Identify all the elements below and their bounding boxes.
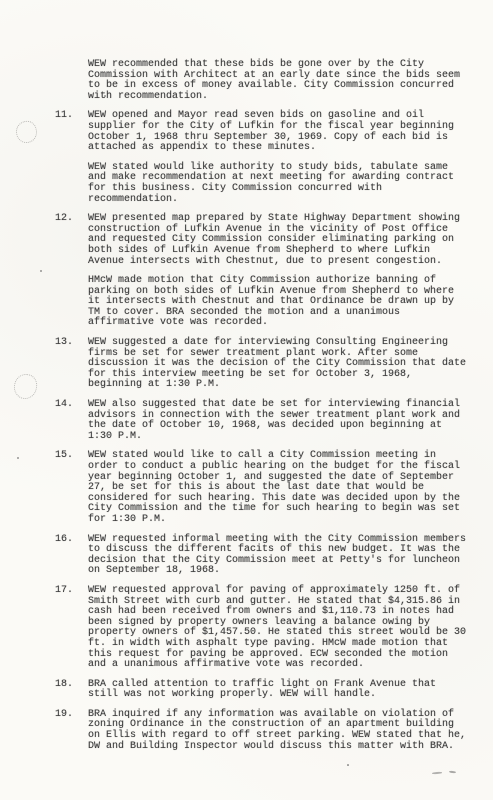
item-number: 18. [55,680,88,701]
item-body: WEW also suggested that date be set for … [88,400,467,442]
item-paragraph: WEW opened and Mayor read seven bids on … [88,111,467,153]
minutes-item: 12.WEW presented map prepared by State H… [55,214,467,329]
scanned-minutes-page: WEW recommended that these bids be gone … [0,0,493,800]
minutes-item: 16.WEW requested informal meeting with t… [55,535,467,577]
scan-speck [449,771,456,774]
item-paragraph: BRA called attention to traffic light on… [88,680,467,701]
item-number: 11. [55,111,88,205]
item-number: 19. [55,710,88,752]
handwritten-circle-mark [12,373,38,401]
minutes-item: 13.WEW suggested a date for interviewing… [55,338,467,391]
item-paragraph: WEW suggested a date for interviewing Co… [88,338,467,391]
minutes-item: 15.WEW stated would like to call a City … [55,451,467,525]
item-body: WEW requested approval for paving of app… [88,586,467,671]
item-body: WEW suggested a date for interviewing Co… [88,338,467,391]
item-body: WEW presented map prepared by State High… [88,214,467,329]
scan-speck [347,764,349,766]
minutes-items: 11.WEW opened and Mayor read seven bids … [55,111,467,752]
item-paragraph: HMcW made motion that City Commission au… [88,276,467,329]
item-number: 14. [55,400,88,442]
item-body: WEW requested informal meeting with the … [88,535,467,577]
item-paragraph: WEW stated would like authority to study… [88,163,467,205]
item-number: 13. [55,338,88,391]
minutes-item: 19.BRA inquired if any information was a… [55,710,467,752]
item-number: 12. [55,214,88,329]
item-paragraph: WEW requested approval for paving of app… [88,586,467,671]
item-body: WEW opened and Mayor read seven bids on … [88,111,467,205]
minutes-item: 11.WEW opened and Mayor read seven bids … [55,111,467,205]
minutes-item: 18.BRA called attention to traffic light… [55,680,467,701]
minutes-content: WEW recommended that these bids be gone … [55,60,467,761]
item-paragraph: WEW requested informal meeting with the … [88,535,467,577]
scan-speck [40,270,42,272]
handwritten-circle-mark [14,119,39,145]
item-paragraph: BRA inquired if any information was avai… [88,710,467,752]
item-number: 16. [55,535,88,577]
item-body: BRA called attention to traffic light on… [88,680,467,701]
item-paragraph: WEW presented map prepared by State High… [88,214,467,267]
item-paragraph: WEW stated would like to call a City Com… [88,451,467,525]
item-body: WEW stated would like to call a City Com… [88,451,467,525]
item-number: 15. [55,451,88,525]
scan-speck [17,457,19,459]
item-paragraph: WEW also suggested that date be set for … [88,400,467,442]
intro-paragraph: WEW recommended that these bids be gone … [88,60,467,102]
item-number: 17. [55,586,88,671]
scan-speck [432,772,442,774]
item-body: BRA inquired if any information was avai… [88,710,467,752]
minutes-item: 17.WEW requested approval for paving of … [55,586,467,671]
minutes-item: 14.WEW also suggested that date be set f… [55,400,467,442]
